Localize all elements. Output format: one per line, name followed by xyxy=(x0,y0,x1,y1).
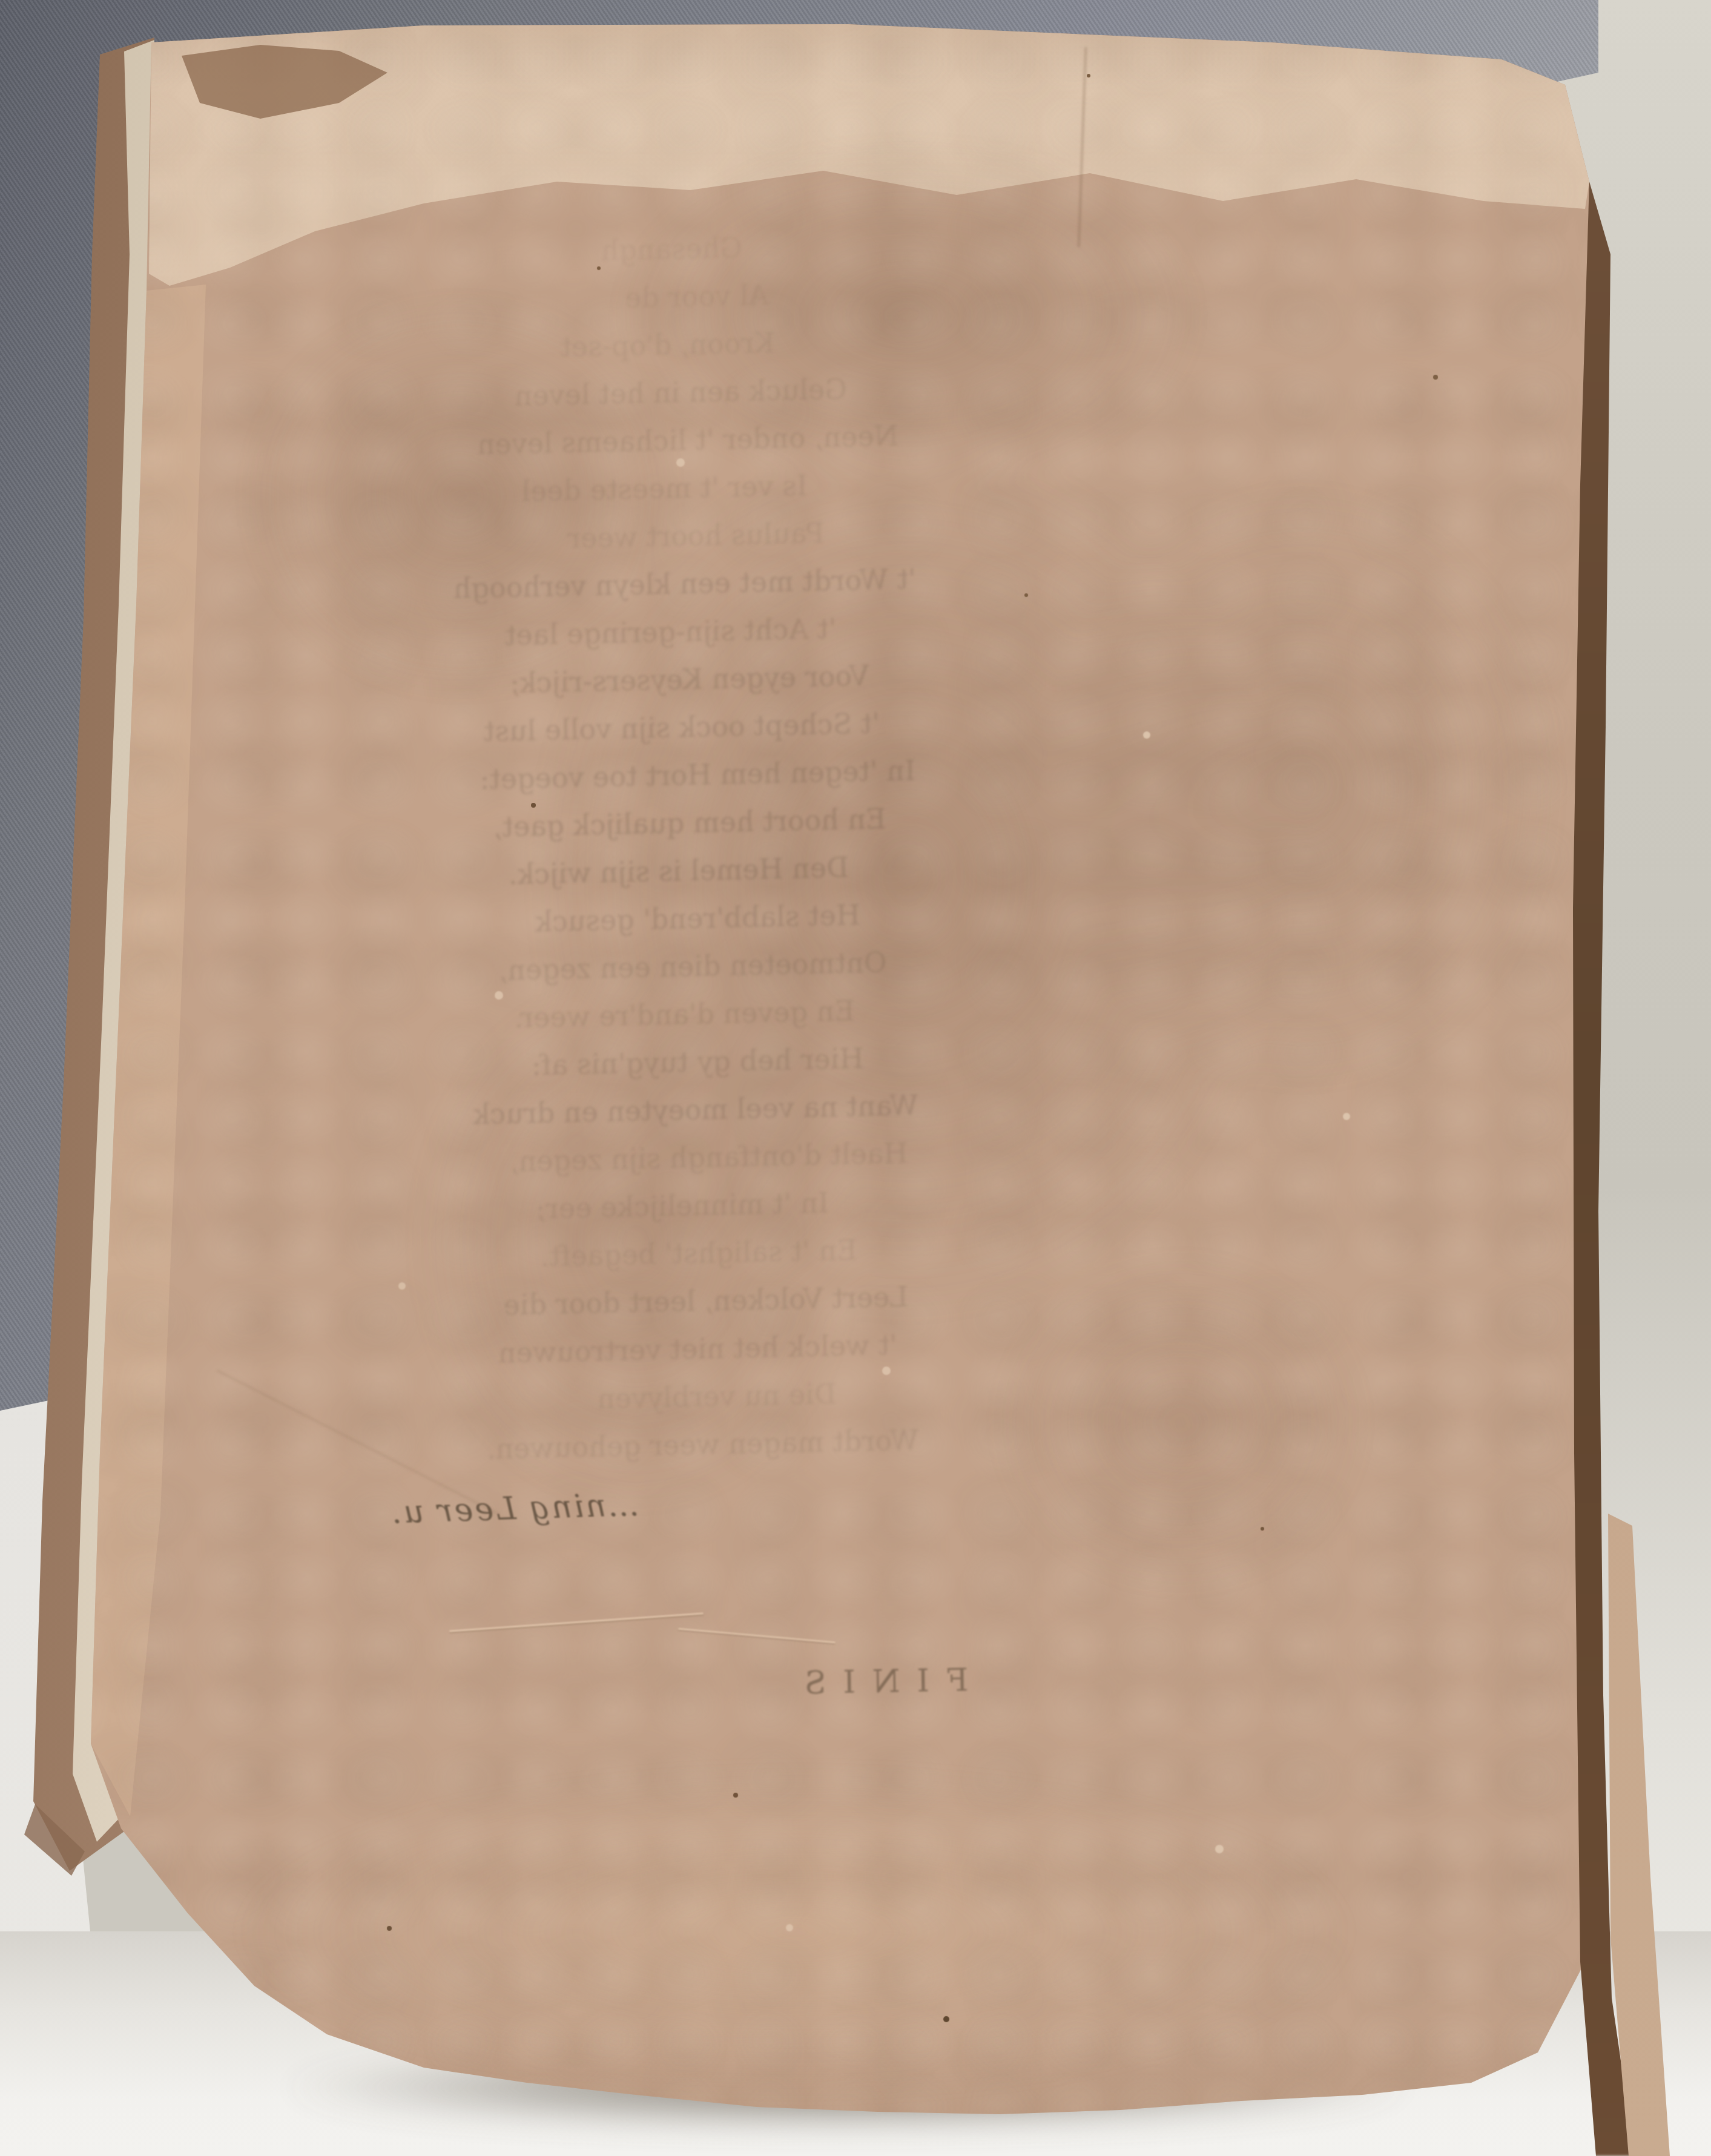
photo-of-antique-book-page: GhesanghAl voor deKroon, d'op-setGeluck … xyxy=(0,0,1711,2156)
page-edge-shading xyxy=(0,0,1711,2156)
book-page: GhesanghAl voor deKroon, d'op-setGeluck … xyxy=(0,0,1711,2156)
